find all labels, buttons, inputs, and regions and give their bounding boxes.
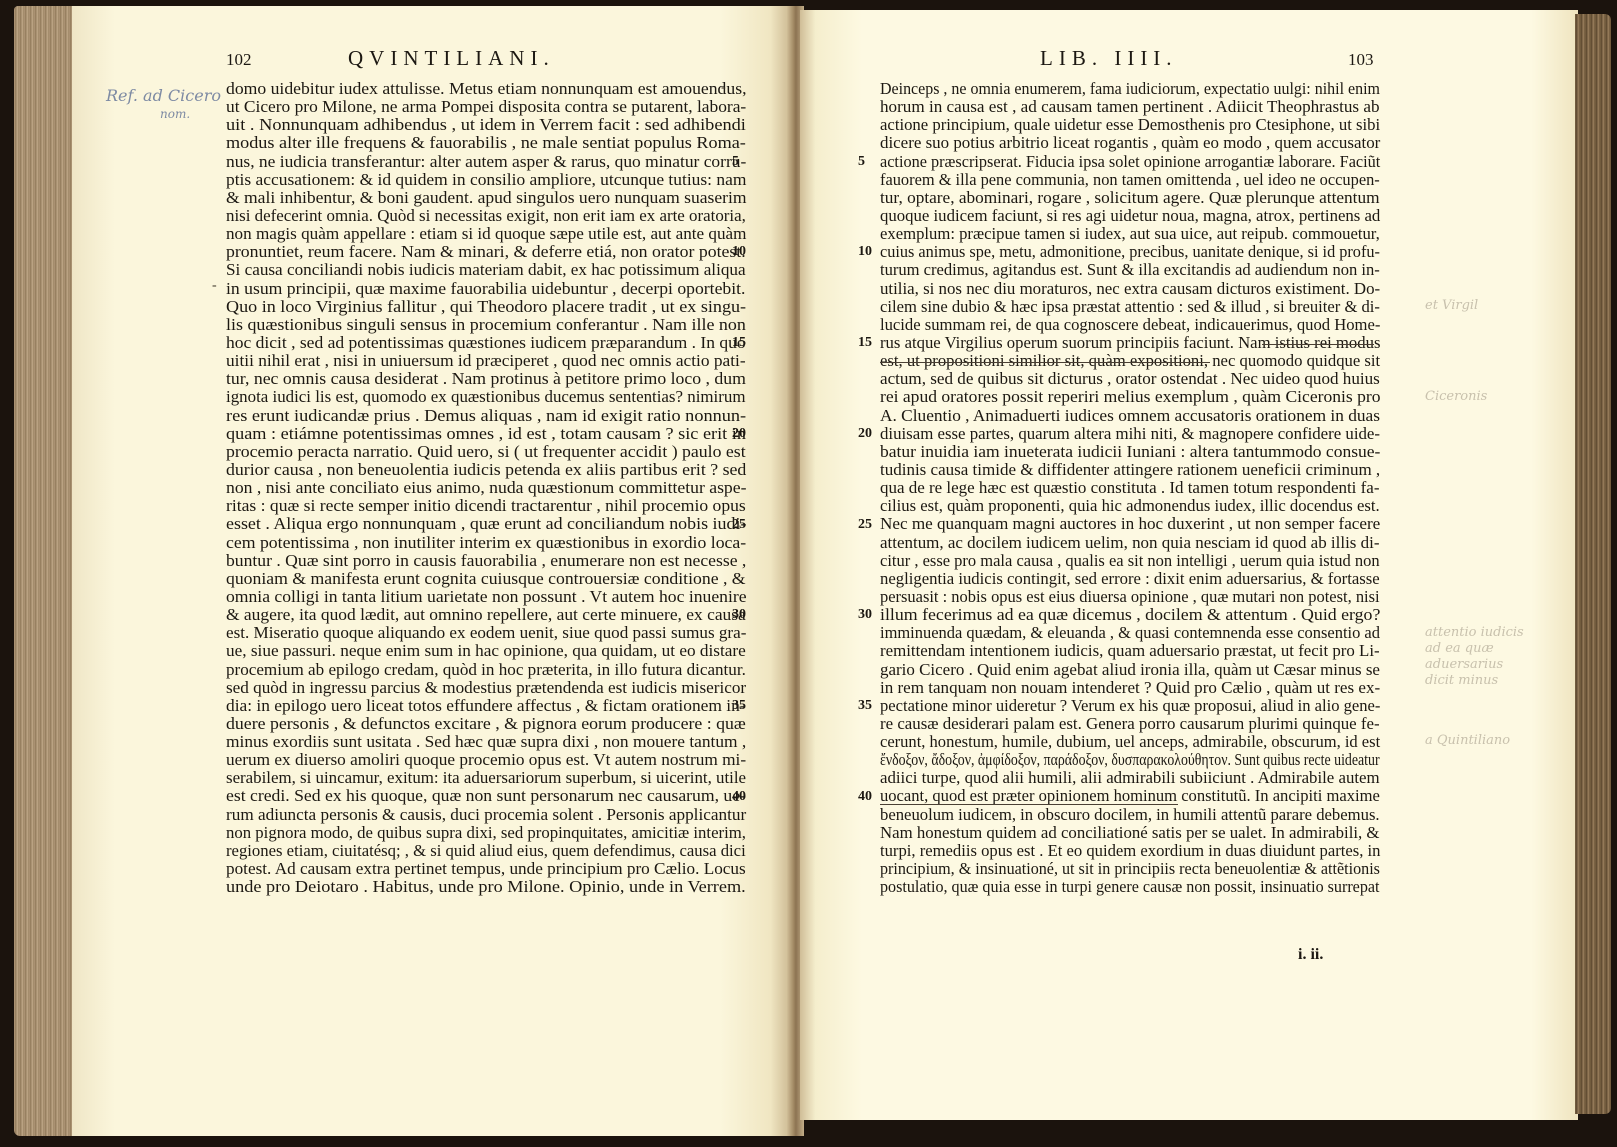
line-number: 5 (732, 154, 739, 170)
text-line: postulatio, quæ quia esse in turpi gener… (880, 878, 1380, 896)
text-line: ritas : quæ si recte semper initio dicen… (226, 497, 746, 515)
text-line: Nec me quanquam magni auctores in hoc du… (880, 515, 1380, 533)
text-line: duere personis , & defunctos excitare , … (226, 715, 746, 733)
text-line: lucide summam rei, de qua cognoscere deb… (880, 316, 1380, 334)
left-margin-dash: - (721, 80, 726, 96)
text-line: pronuntiet, reum facere. Nam & minari, &… (226, 243, 746, 261)
left-running-head: QVINTILIANI. (348, 46, 555, 71)
right-running-head: LIB. IIII. (1040, 46, 1178, 71)
line-number: 40 (732, 789, 746, 805)
text-line: negligentia iudicis contingit, sed error… (880, 570, 1380, 588)
left-folio: 102 (226, 50, 252, 70)
text-line: fauorem & illa pene communia, non tamen … (880, 171, 1380, 189)
text-line: potest. Ad causam extra pertinet tempus,… (226, 860, 746, 878)
text-line: & augere, ita quod lædit, aut omnino rep… (226, 606, 746, 624)
line-number: 15 (858, 335, 872, 351)
text-line: uitii nihil erat , nisi in uniuersum id … (226, 352, 746, 370)
line-number: 10 (732, 244, 746, 260)
right-fore-edge (1575, 14, 1611, 1114)
text-line: buntur . Quæ sint porro in causis fauora… (226, 552, 746, 570)
text-line: cem potentissima , non inutiliter interi… (226, 534, 746, 552)
book-spread: 102 QVINTILIANI. Ref. ad Cicero nom. dom… (0, 0, 1617, 1147)
line-number: 30 (858, 607, 872, 623)
underline-greek (880, 804, 1178, 805)
text-line: regiones etiam, ciuitatésq; , & si quid … (226, 842, 746, 860)
text-line: rei apud oratores possit reperiri melius… (880, 388, 1380, 406)
text-line: tur, optare, abominari, rogare , solicit… (880, 189, 1380, 207)
text-line: pectatione minor uideretur ? Verum ex hi… (880, 697, 1380, 715)
right-marginal-note: attentio iudicis ad ea quæ aduersarius d… (1425, 625, 1525, 689)
text-line: cilem sine dubio & hæc ipsa præstat atte… (880, 298, 1380, 316)
text-line: unde pro Deiotaro . Habitus, unde pro Mi… (226, 878, 746, 896)
text-line: ut Cicero pro Milone, ne arma Pompei dis… (226, 98, 746, 116)
text-line: est credi. Sed ex his quoque, quæ non su… (226, 787, 746, 805)
left-margin-dash-2: - (212, 278, 217, 294)
text-line: nisi defecerint omnia. Quòd si necessita… (226, 207, 746, 225)
text-line: non , nisi ante conciliato eius animo, n… (226, 479, 746, 497)
text-line: Deinceps , ne omnia enumerem, fama iudic… (880, 80, 1380, 98)
text-line: in usum principii, quæ maxime fauorabili… (226, 280, 746, 298)
left-text-block: domo uidebitur iudex attulisse. Metus et… (226, 80, 746, 896)
text-line: remittendam intentionem iudicis, quam ad… (880, 642, 1380, 660)
text-line: quoque iudicem faciunt, si res agi uidet… (880, 207, 1380, 225)
text-line: utilia, si nos nec diu moraturos, nec ex… (880, 280, 1380, 298)
text-line: domo uidebitur iudex attulisse. Metus et… (226, 80, 746, 98)
text-line: est. Miseratio quoque aliquando ex eodem… (226, 624, 746, 642)
text-line: actum, sed de quibus sit dicturus , orat… (880, 370, 1380, 388)
text-line: attentum, ac docilem iudicem uelim, non … (880, 534, 1380, 552)
line-number: 25 (858, 517, 872, 533)
text-line: ptis accusationem: & id quidem in consil… (226, 171, 746, 189)
left-marginal-note-1: Ref. ad Cicero (106, 88, 221, 104)
text-line: nus, ne iudicia transferantur: alter aut… (226, 153, 746, 171)
text-line: re causæ desiderari palam est. Genera po… (880, 715, 1380, 733)
text-line: cerunt, honestum, humile, dubium, uel an… (880, 733, 1380, 751)
right-marginal-note: a Quintiliano (1425, 733, 1525, 749)
text-line: turpi, remediis opus est . Et eo quidem … (880, 842, 1380, 860)
right-marginal-note: Ciceronis (1425, 389, 1525, 405)
text-line: omnia colligi in tanta litium uarietate … (226, 588, 746, 606)
line-number: 20 (732, 426, 746, 442)
text-line: horum in causa est , ad causam tamen per… (880, 98, 1380, 116)
text-line: & mali inhibentur, & boni gaudent. apud … (226, 189, 746, 207)
right-marginal-note: et Virgil (1425, 298, 1525, 314)
underline-virgilius (880, 362, 1210, 363)
text-line: procemio peracta narratio. Quid uero, si… (226, 443, 746, 461)
text-line: cuius animus spe, metu, admonitione, pre… (880, 243, 1380, 261)
text-line: uerum ex diuerso amoliri quoque procemio… (226, 751, 746, 769)
text-line: in rem tanquam non nouam intenderet ? Qu… (880, 679, 1380, 697)
text-line: procemium ab epilogo credam, quòd in hoc… (226, 661, 746, 679)
text-line: quoniam & manifesta erunt cognita cuiusq… (226, 570, 746, 588)
right-folio: 103 (1348, 50, 1374, 70)
text-line: illum fecerimus ad ea quæ dicemus , doci… (880, 606, 1380, 624)
line-number: 40 (858, 789, 872, 805)
left-fore-edge (14, 6, 76, 1136)
text-line: turum credimus, agitandus est. Sunt & il… (880, 261, 1380, 279)
text-line: lis quæstionibus singuli sensus in proce… (226, 316, 746, 334)
text-line: minus exordiis sunt usitata . Sed hæc qu… (226, 733, 746, 751)
text-line: citur , esse pro mala causa , qualis ea … (880, 552, 1380, 570)
text-line: quam : etiámne potentissimas omnes , id … (226, 425, 746, 443)
line-number: 35 (732, 698, 746, 714)
text-line: gario Cicero . Quid enim agebat aliud ir… (880, 661, 1380, 679)
line-number: 20 (858, 426, 872, 442)
text-line: principium, & insinuationé, ut sit in pr… (880, 860, 1380, 878)
text-line: adiici turpe, quod alii humili, alii adm… (880, 769, 1380, 787)
text-line: qua de re lege hæc est quæstio constitut… (880, 479, 1380, 497)
underline-homerus (1262, 344, 1374, 345)
text-line: non magis quàm appellare : etiam si id q… (226, 225, 746, 243)
text-line: Quo in loco Virginius fallitur , qui The… (226, 298, 746, 316)
text-line: batur inuidia iam inueterata iudicii Iun… (880, 443, 1380, 461)
text-line: tudinis causa timide & diffidenter attin… (880, 461, 1380, 479)
text-line: persuasit : nobis opus est eius diuersa … (880, 588, 1380, 606)
text-line: Si causa conciliandi nobis iudicis mater… (226, 261, 746, 279)
text-line: ἔνδοξον, ἄδοξον, ἀμφίδοξον, παράδοξον, δ… (880, 751, 1380, 769)
line-number: 10 (858, 244, 872, 260)
text-line: cilius est, quàm proponenti, quia hic ad… (880, 497, 1380, 515)
text-line: modus alter ille frequens & fauorabilis … (226, 134, 746, 152)
text-line: imminuenda quædam, & eleuanda , & quasi … (880, 624, 1380, 642)
line-number: 30 (732, 607, 746, 623)
text-line: actione principium, quale uidetur esse D… (880, 116, 1380, 134)
text-line: res erunt iudicandæ prius . Demus aliqua… (226, 407, 746, 425)
text-line: diuisam esse partes, quarum altera mihi … (880, 425, 1380, 443)
line-number: 15 (732, 335, 746, 351)
text-line: hoc dicit , sed ad potentissimas quæstio… (226, 334, 746, 352)
text-line: exemplum: præcipue tamen si iudex, aut s… (880, 225, 1380, 243)
text-line: beneuolum iudicem, in obscuro docilem, i… (880, 806, 1380, 824)
text-line: sed quòd in ingressu parcius & modestius… (226, 679, 746, 697)
text-line: ignota iudici lis est, quomodo ex quæsti… (226, 388, 746, 406)
text-line: non pignora modo, de quibus supra dixi, … (226, 824, 746, 842)
signature-mark: i. ii. (1298, 946, 1323, 964)
text-line: dicere suo potius arbitrio liceat rogant… (880, 134, 1380, 152)
text-line: ue, siue passuri. neque enim sum in hac … (226, 642, 746, 660)
text-line: dia: in epilogo uero liceat totos effund… (226, 697, 746, 715)
line-number: 25 (732, 517, 746, 533)
text-line: durior causa , non beneuolentia iudicis … (226, 461, 746, 479)
text-line: tur, nec omnis causa desiderat . Nam pro… (226, 370, 746, 388)
text-line: Nam honestum quidem ad conciliationé sat… (880, 824, 1380, 842)
text-line: serabilem, si uincamur, exitum: ita adue… (226, 769, 746, 787)
text-line: esset . Aliqua ergo nonnunquam , quæ eru… (226, 515, 746, 533)
line-number: 5 (858, 154, 865, 170)
line-number: 35 (858, 698, 872, 714)
text-line: A. Cluentio , Animaduerti iudices omnem … (880, 407, 1380, 425)
left-marginal-note-2: nom. (160, 106, 190, 122)
text-line: actione præscripserat. Fiducia ipsa sole… (880, 153, 1380, 171)
text-line: uocant, quod est præter opinionem hominu… (880, 787, 1380, 805)
right-text-block: Deinceps , ne omnia enumerem, fama iudic… (880, 80, 1380, 896)
text-line: uit . Nonnunquam adhibendus , ut idem in… (226, 116, 746, 134)
text-line: rum adiuncta personis & causis, duci pro… (226, 806, 746, 824)
